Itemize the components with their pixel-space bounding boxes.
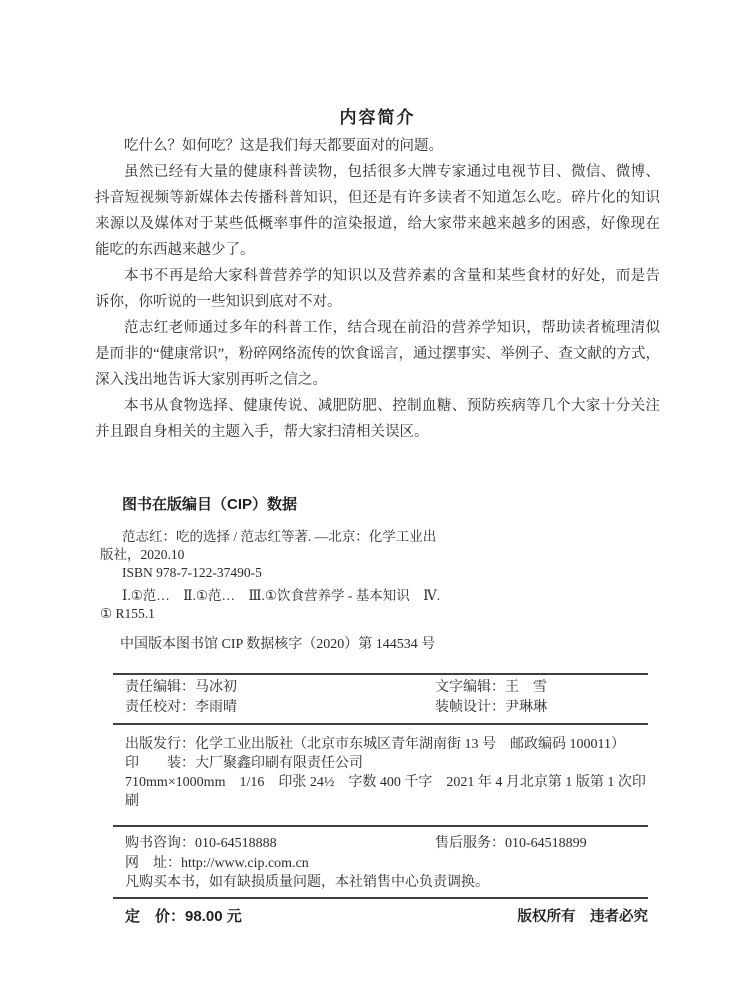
- cip-class-line: ① R155.1: [100, 605, 545, 623]
- printer-line: 印 装：大厂聚鑫印刷有限责任公司: [113, 754, 648, 773]
- replacement-notice: 凡购买本书，如有缺损质量问题，本社销售中心负责调换。: [113, 873, 648, 893]
- cip-record-number: 中国版本图书馆 CIP 数据核字（2020）第 144534 号: [100, 635, 545, 654]
- proofreader: 责任校对：李雨晴: [125, 700, 237, 715]
- website-line: 网 址：http://www.cip.com.cn: [113, 854, 648, 874]
- format-edition-line: 710mm×1000mm 1/16 印张 24½ 字数 400 千字 2021 …: [113, 773, 648, 811]
- summary-paragraph-5: 本书从食物选择、健康传说、减肥防肥、控制血糖、预防疾病等几个大家十分关注并且跟自…: [95, 393, 660, 445]
- publishing-block: 出版发行：化学工业出版社（北京市东城区青年湖南街 13 号 邮政编码 10001…: [113, 723, 648, 825]
- cip-header: 图书在版编目（CIP）数据: [100, 495, 545, 515]
- service-row: 购书咨询：010-64518888 售后服务：010-64518899: [113, 834, 648, 854]
- editors-block: 责任编辑：马冰初 文字编辑：王 雪 责任校对：李雨晴 装帧设计：尹琳琳: [113, 673, 648, 723]
- service-block: 购书咨询：010-64518888 售后服务：010-64518899 网 址：…: [113, 825, 648, 897]
- summary-paragraph-1: 吃什么？如何吃？这是我们每天都要面对的问题。: [95, 133, 660, 159]
- cip-isbn: ISBN 978-7-122-37490-5: [100, 564, 545, 582]
- purchase-phone: 购书咨询：010-64518888: [125, 836, 277, 851]
- editors-row: 责任编辑：马冰初 文字编辑：王 雪: [113, 678, 648, 698]
- responsible-editor: 责任编辑：马冰初: [125, 680, 237, 695]
- summary-paragraph-3: 本书不再是给大家科普营养学的知识以及营养素的含量和某些食材的好处，而是告诉你，你…: [95, 263, 660, 315]
- cip-book-line: 范志红：吃的选择 / 范志红等著. —北京：化学工业出: [100, 528, 545, 546]
- editors-row: 责任校对：李雨晴 装帧设计：尹琳琳: [113, 698, 648, 718]
- colophon-section: 责任编辑：马冰初 文字编辑：王 雪 责任校对：李雨晴 装帧设计：尹琳琳 出版发行…: [113, 673, 648, 928]
- designer: 装帧设计：尹琳琳: [435, 698, 547, 718]
- cip-book-line: 版社，2020.10: [100, 546, 545, 564]
- cip-book-info: 范志红：吃的选择 / 范志红等著. —北京：化学工业出 版社，2020.10 I…: [100, 528, 545, 582]
- summary-paragraph-2: 虽然已经有大量的健康科普读物，包括很多大牌专家通过电视节目、微信、微博、抖音短视…: [95, 159, 660, 263]
- summary-paragraph-4: 范志红老师通过多年的科普工作，结合现在前沿的营养学知识，帮助读者梳理清似是而非的…: [95, 315, 660, 393]
- price-row: 定 价：98.00 元 版权所有 违者必究: [113, 897, 648, 928]
- after-sales-phone: 售后服务：010-64518899: [435, 834, 587, 854]
- cip-classification: Ⅰ.①范… Ⅱ.①范… Ⅲ.①饮食营养学 - 基本知识 Ⅳ. ① R155.1: [100, 587, 545, 623]
- text-editor: 文字编辑：王 雪: [435, 678, 547, 698]
- copyright-notice: 版权所有 违者必究: [518, 906, 649, 928]
- cip-data-section: 图书在版编目（CIP）数据 范志红：吃的选择 / 范志红等著. —北京：化学工业…: [100, 495, 545, 654]
- price-label: 定 价：98.00 元: [113, 906, 242, 928]
- content-summary-section: 内容简介 吃什么？如何吃？这是我们每天都要面对的问题。 虽然已经有大量的健康科普…: [95, 106, 660, 445]
- book-copyright-page: 内容简介 吃什么？如何吃？这是我们每天都要面对的问题。 虽然已经有大量的健康科普…: [0, 0, 750, 1000]
- cip-class-line: Ⅰ.①范… Ⅱ.①范… Ⅲ.①饮食营养学 - 基本知识 Ⅳ.: [100, 587, 545, 605]
- summary-title: 内容简介: [95, 106, 660, 130]
- publisher-line: 出版发行：化学工业出版社（北京市东城区青年湖南街 13 号 邮政编码 10001…: [113, 735, 648, 754]
